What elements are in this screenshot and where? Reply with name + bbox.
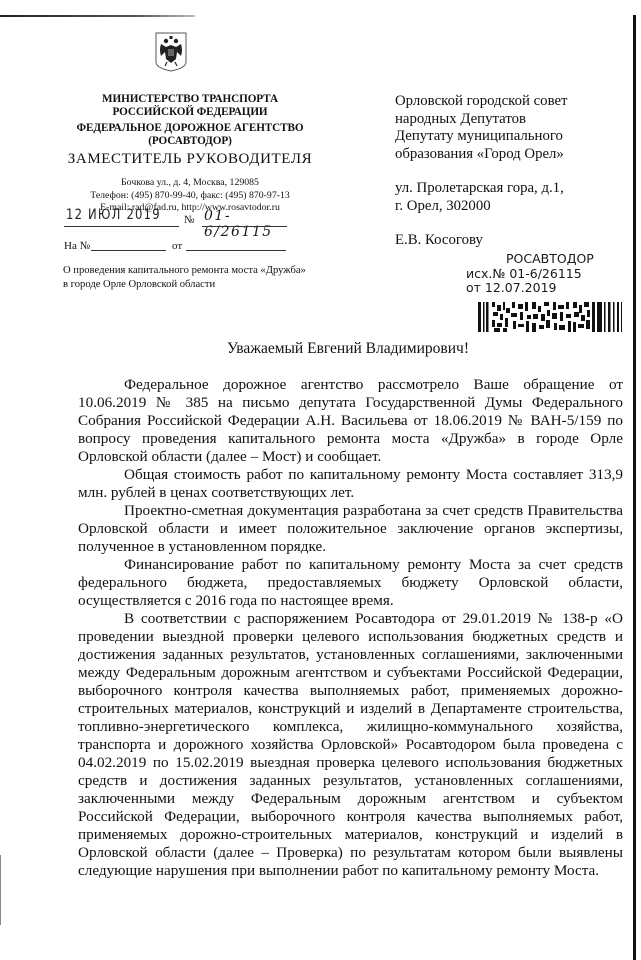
body-paragraph: Финансирование работ по капитальному рем… [78, 556, 623, 610]
stamp-number: исх.№ 01-6/26115 [466, 267, 636, 282]
scan-edge-left [0, 855, 1, 925]
from-blank [186, 250, 286, 251]
ministry-line-2: РОССИЙСКОЙ ФЕДЕРАЦИИ [60, 106, 320, 119]
recipient-line-2: народных Депутатов [395, 111, 630, 129]
body-paragraph: Общая стоимость работ по капитальному ре… [78, 466, 623, 502]
sender-address: Бочкова ул., д. 4, Москва, 129085 [60, 177, 320, 190]
recipient-street: ул. Пролетарская гора, д.1, [395, 180, 630, 198]
reply-reference: На № от [64, 240, 314, 256]
sender-position: ЗАМЕСТИТЕЛЬ РУКОВОДИТЕЛЯ [60, 150, 320, 168]
recipient-line-1: Орловской городской совет [395, 93, 630, 111]
reply-to-blank [91, 250, 166, 251]
reply-to-label: На № [64, 240, 90, 252]
letter-subject: О проведения капитального ремонта моста … [63, 264, 343, 291]
recipient-city: г. Орел, 302000 [395, 198, 630, 216]
recipient-line-4: образования «Город Орел» [395, 146, 630, 164]
date-stamp: 12 ИЮЛ 2019 [66, 207, 161, 223]
letter-body: Федеральное дорожное агентство рассмотре… [78, 376, 623, 880]
from-label: от [172, 240, 182, 252]
agency-line-1: ФЕДЕРАЛЬНОЕ ДОРОЖНОЕ АГЕНТСТВО [60, 122, 320, 135]
scan-edge-top [0, 15, 195, 17]
stamp-org: РОСАВТОДОР [466, 252, 636, 267]
sender-phone: Телефон: (495) 870-99-40, факс: (495) 87… [60, 190, 320, 203]
subject-line-2: в городе Орле Орловской области [63, 278, 343, 292]
body-paragraph: Проектно-сметная документация разработан… [78, 502, 623, 556]
recipient-line-3: Депутату муниципального [395, 128, 630, 146]
number-label: № [184, 214, 195, 226]
subject-line-1: О проведения капитального ремонта моста … [63, 264, 343, 278]
scan-edge-right [633, 15, 636, 960]
agency-name: ФЕДЕРАЛЬНОЕ ДОРОЖНОЕ АГЕНТСТВО (РОСАВТОД… [60, 122, 320, 148]
body-paragraph: В соответствии с распоряжением Росавтодо… [78, 610, 623, 880]
date-underline [64, 226, 179, 227]
barcode-icon [478, 302, 626, 332]
number-underline [202, 226, 287, 227]
registration-stamp: РОСАВТОДОР исх.№ 01-6/26115 от 12.07.201… [466, 252, 636, 296]
russian-coat-of-arms-icon [155, 32, 187, 72]
salutation: Уважаемый Евгений Владимирович! [0, 340, 641, 358]
recipient-block: Орловской городской совет народных Депут… [395, 93, 630, 250]
ministry-line-1: МИНИСТЕРСТВО ТРАНСПОРТА [60, 93, 320, 106]
body-paragraph: Федеральное дорожное агентство рассмотре… [78, 376, 623, 466]
outgoing-date-number: 12 ИЮЛ 2019 № 01-6/26115 [64, 207, 284, 229]
handwritten-number: 01-6/26115 [204, 208, 284, 240]
recipient-name: Е.В. Косогову [395, 232, 630, 250]
ministry-name: МИНИСТЕРСТВО ТРАНСПОРТА РОССИЙСКОЙ ФЕДЕР… [60, 93, 320, 119]
stamp-date: от 12.07.2019 [466, 281, 636, 296]
agency-line-2: (РОСАВТОДОР) [60, 135, 320, 148]
